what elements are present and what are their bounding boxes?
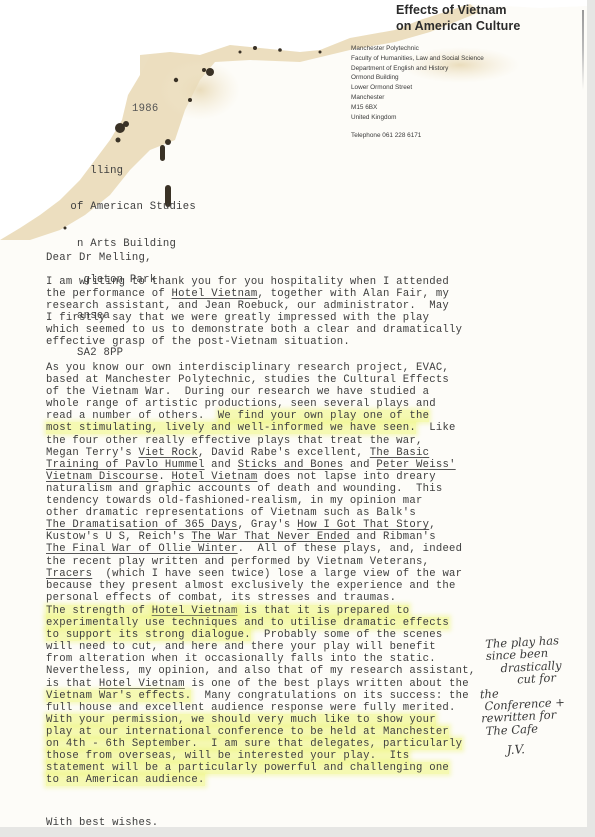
- text-line: With your permission, we should very muc…: [46, 714, 475, 726]
- text-line: which seemed to us to demonstrate both a…: [46, 324, 462, 336]
- text-line: naturalism and graphic accounts of death…: [46, 483, 462, 495]
- text-line: play at our international conference to …: [46, 726, 475, 738]
- text-line: Kustow's U S, Reich's The War That Never…: [46, 531, 462, 543]
- text-line: to an American audience.: [46, 774, 475, 786]
- underlined-title: Tracers: [46, 568, 92, 580]
- text-line: the performance of Hotel Vietnam, togeth…: [46, 288, 462, 300]
- underlined-title: Training of Pavlo Hummel: [46, 459, 205, 471]
- underlined-title: Hotel Vietnam: [172, 288, 258, 300]
- text-line: research assistant, and Jean Roebuck, ou…: [46, 300, 462, 312]
- highlighted-text: those from overseas, will be interested …: [46, 750, 409, 762]
- text-line: tendency towards old-fashioned-realism, …: [46, 495, 462, 507]
- highlighted-text: We find your own play one of the: [218, 410, 429, 422]
- text-line: to support its strong dialogue. Probably…: [46, 629, 475, 641]
- underlined-title: The War That Never Ended: [191, 531, 350, 543]
- text-line: The Final War of Ollie Winter. All of th…: [46, 543, 462, 555]
- text-line: the recent play written and performed by…: [46, 556, 462, 568]
- paragraph-2: As you know our own interdisciplinary re…: [46, 362, 462, 604]
- highlighted-text: most stimulating, lively and well-inform…: [46, 422, 416, 434]
- text-line: I firstly say that we were greatly impre…: [46, 312, 462, 324]
- underlined-title: Peter Weiss': [376, 459, 455, 471]
- text-line: statement will be a particularly powerfu…: [46, 762, 475, 774]
- underlined-title: Hotel Vietnam: [99, 678, 185, 690]
- text-line: experimentally use techniques and to uti…: [46, 617, 475, 629]
- text-line: Vietnam Discourse. Hotel Vietnam does no…: [46, 471, 462, 483]
- handwritten-margin-note: The play has since been drastically cut …: [485, 634, 568, 757]
- text-line: read a number of others. We find your ow…: [46, 410, 462, 422]
- text-line: is that Hotel Vietnam is one of the best…: [46, 678, 475, 690]
- text-line: personal effects of combat, its stresses…: [46, 592, 462, 604]
- salutation: Dear Dr Melling,: [46, 252, 152, 264]
- text-line: based at Manchester Polytechnic, studies…: [46, 374, 462, 386]
- text-line: effective grasp of the post-Vietnam situ…: [46, 336, 462, 348]
- text-line: Vietnam War's effects. Many congratulati…: [46, 690, 475, 702]
- letter-page: Effects of Vietnam on American Culture M…: [0, 0, 587, 827]
- text-line: those from overseas, will be interested …: [46, 750, 475, 762]
- text-line: the four other really effective plays th…: [46, 435, 462, 447]
- text-line: will need to cut, and here and there you…: [46, 641, 475, 653]
- text-line: other dramatic representations of Vietna…: [46, 507, 462, 519]
- text-line: Tracers (which I have seen twice) lose a…: [46, 568, 462, 580]
- text-line: of the Vietnam War. During our research …: [46, 386, 462, 398]
- text-line: I am writing to thank you for you hospit…: [46, 276, 462, 288]
- highlighted-text: on 4th - 6th September. I am sure that d…: [46, 738, 462, 750]
- closing: With best wishes.: [46, 817, 158, 827]
- underlined-title: Hotel Vietnam: [152, 605, 238, 617]
- highlighted-text: Vietnam War's effects.: [46, 690, 191, 702]
- text-line: Nevertheless, my opinion, and also that …: [46, 665, 475, 677]
- telephone-number: Telephone 061 228 6171: [351, 131, 484, 141]
- highlighted-text: to support its strong dialogue.: [46, 629, 251, 641]
- underlined-title: The Basic: [370, 447, 429, 459]
- text-line: As you know our own interdisciplinary re…: [46, 362, 462, 374]
- text-line: on 4th - 6th September. I am sure that d…: [46, 738, 475, 750]
- underlined-title: How I Got That Story: [297, 519, 429, 531]
- handwritten-signature: J.V.: [507, 741, 568, 757]
- underlined-title: Hotel Vietnam: [172, 471, 258, 483]
- letter-date: 1986: [132, 103, 158, 115]
- text-line: because they present almost exclusively …: [46, 580, 462, 592]
- text-line: The Dramatisation of 365 Days, Gray's Ho…: [46, 519, 462, 531]
- text-line: Megan Terry's Viet Rock, David Rabe's ex…: [46, 447, 462, 459]
- paragraph-1: I am writing to thank you for you hospit…: [46, 276, 462, 349]
- text-line: whole range of artistic productions, see…: [46, 398, 462, 410]
- highlighted-text: experimentally use techniques and to uti…: [46, 617, 449, 629]
- highlighted-text: is that it is prepared to: [238, 605, 410, 617]
- highlighted-text: statement will be a particularly powerfu…: [46, 762, 449, 774]
- underlined-title: Viet Rock: [139, 447, 198, 459]
- text-line: Training of Pavlo Hummel and Sticks and …: [46, 459, 462, 471]
- text-line: most stimulating, lively and well-inform…: [46, 422, 462, 434]
- letterhead-title: Effects of Vietnam on American Culture: [396, 2, 520, 34]
- underlined-title: The Final War of Ollie Winter: [46, 543, 238, 555]
- text-line: full house and excellent audience respon…: [46, 702, 475, 714]
- letterhead-address: Manchester Polytechnic Faculty of Humani…: [351, 44, 484, 141]
- underlined-title: The Dramatisation of 365 Days: [46, 519, 238, 531]
- underlined-title: Sticks and Bones: [238, 459, 344, 471]
- paper-fold-edge: [582, 10, 584, 90]
- text-line: The strength of Hotel Vietnam is that it…: [46, 605, 475, 617]
- highlighted-text: Hotel Vietnam: [152, 605, 238, 617]
- highlighted-text: to an American audience.: [46, 774, 205, 786]
- text-line: from alteration when it occasionally fal…: [46, 653, 475, 665]
- underlined-title: Vietnam Discourse: [46, 471, 158, 483]
- highlighted-text: With your permission, we should very muc…: [46, 714, 436, 726]
- highlighted-text: The strength of: [46, 605, 152, 617]
- paragraph-3: The strength of Hotel Vietnam is that it…: [46, 605, 475, 786]
- highlighted-text: play at our international conference to …: [46, 726, 449, 738]
